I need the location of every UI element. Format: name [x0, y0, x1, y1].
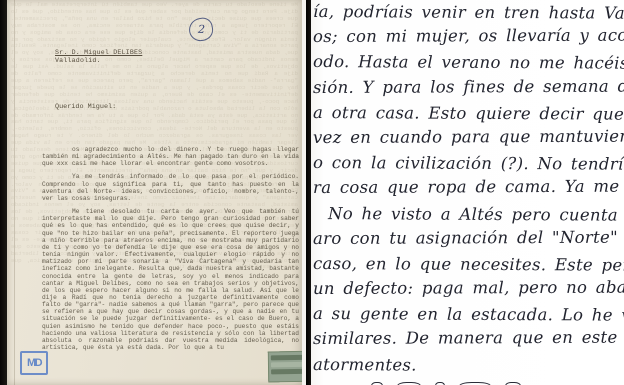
handwritten-letter-page: ía, podríais venir en tren hasta Valledo… — [311, 0, 624, 385]
handwritten-line: vez en cuando para que mantuvierais el — [313, 126, 624, 153]
handwritten-line: atormentes. — [313, 355, 624, 382]
scan-edge-strip — [0, 0, 7, 385]
green-archive-stamp-icon — [268, 351, 302, 383]
letter-paragraph: os agradezco mucho lo del dinero. Y te r… — [42, 146, 299, 167]
letter-body: os agradezco mucho lo del dinero. Y te r… — [42, 146, 299, 357]
letter-paragraph: Me tiene desolado tu carta de ayer. Veo … — [42, 208, 299, 351]
stamp-bar — [271, 369, 302, 375]
handwritten-line: un defecto: paga mal, pero no abandona j… — [313, 277, 624, 304]
handwritten-line: odo. Hasta el verano no me hacéis la men — [313, 52, 624, 79]
md-archive-stamp: MD — [20, 351, 48, 375]
handwritten-line: similares. De manera que en este punto n… — [313, 328, 624, 355]
handwritten-text-block: ía, podríais venir en tren hasta Valledo… — [313, 2, 624, 385]
handwritten-line: sión. Y para los fines de semana dispon — [313, 76, 624, 103]
letter-scan: Me tiene desolado tu carta de ayer. Veo … — [0, 0, 624, 385]
address-name-line: Sr. D. Miguel DELIBES — [55, 49, 142, 57]
recipient-address: Sr. D. Miguel DELIBES Valladolid. — [55, 49, 142, 65]
handwritten-line: No he visto a Altés pero cuenta durante — [313, 204, 624, 231]
salutation: Querido Miguel: — [55, 103, 116, 111]
handwritten-line: ra cosa que ropa de cama. Ya me diréis. — [313, 177, 624, 204]
stamp-bar — [271, 362, 302, 368]
stamp-bar — [271, 355, 302, 361]
handwritten-line: os; con mi mujer, os llevaría y acomodar — [313, 26, 624, 53]
typed-letter-page: Me tiene desolado tu carta de ayer. Veo … — [7, 0, 302, 385]
handwritten-line: aro con tu asignación del "Norte" y, en — [313, 227, 624, 254]
address-city-line: Valladolid. — [55, 57, 142, 65]
handwritten-line: a otra casa. Esto quiere decir que os vi… — [313, 103, 624, 130]
letter-paragraph: Ya me tendrás informado de lo que pasa p… — [42, 173, 299, 202]
